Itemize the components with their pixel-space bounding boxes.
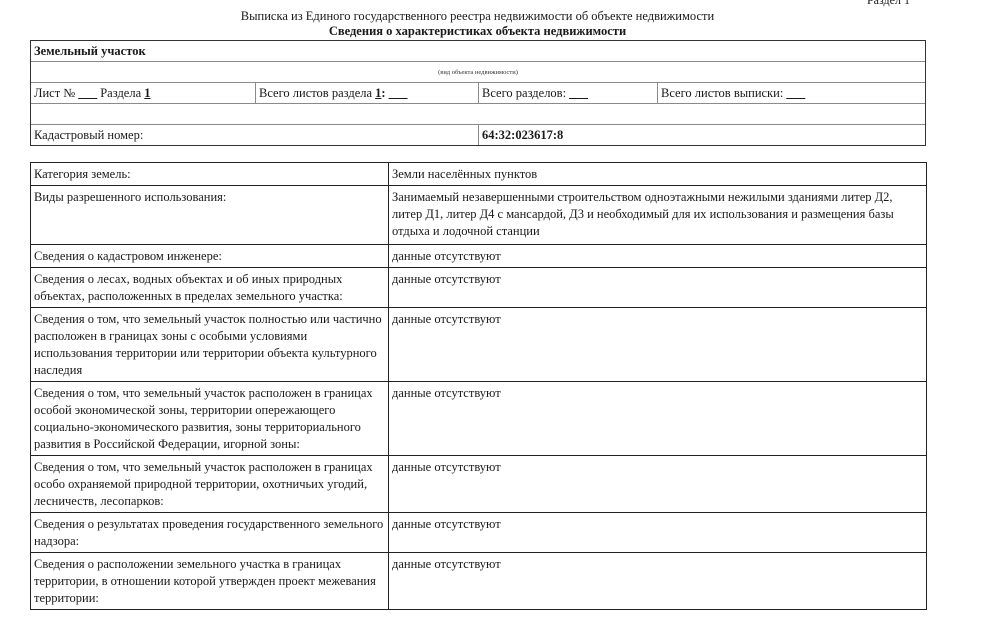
table-row: Сведения о результатах проведения госуда…: [31, 513, 927, 553]
row-label: Категория земель:: [31, 163, 389, 186]
sheet-number-cell: Лист № ___ Раздела 1: [31, 83, 255, 103]
object-type-row: Земельный участок: [31, 41, 925, 62]
table-row: Сведения о кадастровом инженере: данные …: [31, 245, 927, 268]
total-sheets-cell: Всего листов выписки: ___: [657, 83, 925, 103]
total-sheets-label: Всего листов выписки:: [661, 86, 783, 100]
cadastral-label: Кадастровый номер:: [31, 125, 478, 145]
row-label: Сведения о результатах проведения госуда…: [31, 513, 389, 553]
section-label: Раздел 1: [867, 0, 910, 8]
table-row: Сведения о том, что земельный участок ра…: [31, 456, 927, 513]
section-value: 1: [144, 86, 150, 100]
row-label: Сведения о лесах, водных объектах и об и…: [31, 268, 389, 308]
row-label: Сведения о том, что земельный участок ра…: [31, 456, 389, 513]
total-sections-label: Всего разделов:: [482, 86, 566, 100]
object-type: Земельный участок: [31, 41, 149, 61]
row-value: данные отсутствуют: [389, 513, 927, 553]
total-sheets-section-label: Всего листов раздела: [259, 86, 372, 100]
spacer-row: [31, 104, 925, 125]
characteristics-table: Категория земель: Земли населённых пункт…: [30, 162, 927, 610]
row-value: данные отсутствуют: [389, 308, 927, 382]
object-type-caption: (вид объекта недвижимости): [31, 62, 925, 82]
table-row: Сведения о лесах, водных объектах и об и…: [31, 268, 927, 308]
row-label: Сведения о кадастровом инженере:: [31, 245, 389, 268]
row-label: Сведения о том, что земельный участок ра…: [31, 382, 389, 456]
row-value: данные отсутствуют: [389, 553, 927, 610]
total-sheets-section-value: ___: [389, 86, 408, 100]
table-row: Сведения о том, что земельный участок ра…: [31, 382, 927, 456]
row-value: Земли населённых пунктов: [389, 163, 927, 186]
object-header-table: Земельный участок (вид объекта недвижимо…: [30, 40, 926, 146]
table-row: Сведения о том, что земельный участок по…: [31, 308, 927, 382]
total-sheets-value: ___: [786, 86, 805, 100]
total-sections-cell: Всего разделов: ___: [478, 83, 657, 103]
sheet-info-row: Лист № ___ Раздела 1 Всего листов раздел…: [31, 83, 925, 104]
object-type-caption-row: (вид объекта недвижимости): [31, 62, 925, 83]
row-value: данные отсутствуют: [389, 245, 927, 268]
section-label: Раздела: [100, 86, 141, 100]
table-row: Категория земель: Земли населённых пункт…: [31, 163, 927, 186]
row-value: данные отсутствуют: [389, 268, 927, 308]
table-row: Виды разрешенного использования: Занимае…: [31, 186, 927, 245]
sheet-no-label: Лист №: [34, 86, 75, 100]
row-value: данные отсутствуют: [389, 456, 927, 513]
row-label: Сведения о расположении земельного участ…: [31, 553, 389, 610]
total-sheets-section-cell: Всего листов раздела 1: ___: [255, 83, 478, 103]
row-label: Виды разрешенного использования:: [31, 186, 389, 245]
document-title: Выписка из Единого государственного реес…: [0, 9, 955, 24]
sheet-no-value: ___: [78, 86, 97, 100]
cadastral-row: Кадастровый номер: 64:32:023617:8: [31, 125, 925, 145]
document-subtitle: Сведения о характеристиках объекта недви…: [0, 24, 955, 39]
cadastral-number: 64:32:023617:8: [478, 125, 925, 145]
total-sections-value: ___: [569, 86, 588, 100]
row-label: Сведения о том, что земельный участок по…: [31, 308, 389, 382]
table-row: Сведения о расположении земельного участ…: [31, 553, 927, 610]
row-value: Занимаемый незавершенными строительством…: [389, 186, 927, 245]
row-value: данные отсутствуют: [389, 382, 927, 456]
